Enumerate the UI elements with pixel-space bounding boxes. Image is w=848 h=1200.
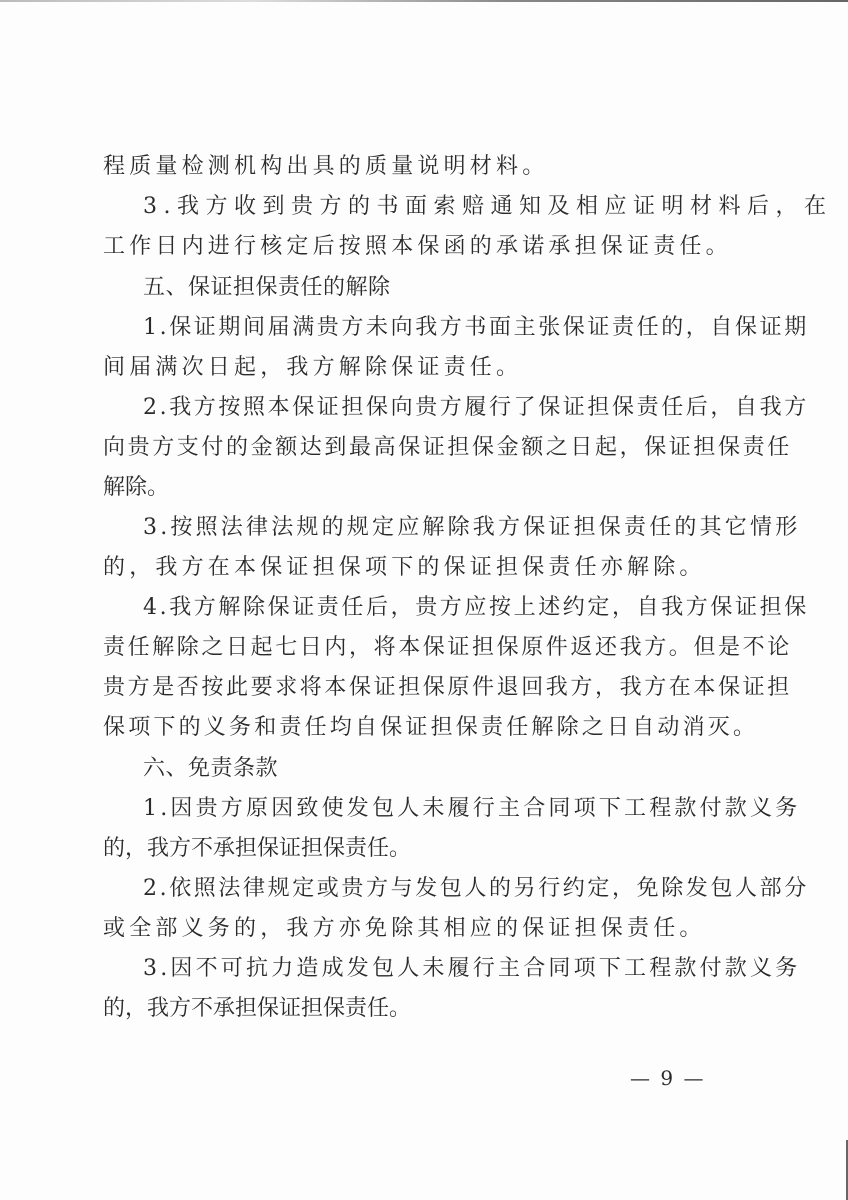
clause-5-3-line-1: 3.按照法律法规的规定应解除我方保证担保责任的其它情形 — [103, 508, 725, 548]
document-body: 程质量检测机构出具的质量说明材料。 3.我方收到贵方的书面索赔通知及相应证明材料… — [103, 147, 725, 1029]
clause-6-2-line-1: 2.依照法律规定或贵方与发包人的另行约定，免除发包人部分 — [103, 869, 725, 909]
scan-top-edge — [0, 0, 848, 2]
clause-6-2-line-2: 或全部义务的，我方亦免除其相应的保证担保责任。 — [103, 909, 725, 949]
clause-5-1-line-2: 间届满次日起，我方解除保证责任。 — [103, 348, 725, 388]
section-heading-5: 五、保证担保责任的解除 — [103, 267, 725, 308]
clause-4-3-line-2: 工作日内进行核定后按照本保函的承诺承担保证责任。 — [103, 227, 725, 267]
clause-5-3-line-2: 的，我方在本保证担保项下的保证担保责任亦解除。 — [103, 548, 725, 588]
clause-5-2-line-3: 解除。 — [103, 468, 725, 508]
clause-5-4-line-4: 保项下的义务和责任均自保证担保责任解除之日自动消灭。 — [103, 708, 725, 748]
clause-5-2-line-2: 向贵方支付的金额达到最高保证担保金额之日起，保证担保责任 — [103, 428, 725, 468]
section-heading-6: 六、免责条款 — [103, 748, 725, 789]
clause-5-2-line-1: 2.我方按照本保证担保向贵方履行了保证担保责任后，自我方 — [103, 388, 725, 428]
paragraph-continuation: 程质量检测机构出具的质量说明材料。 — [103, 147, 725, 187]
clause-6-3-line-1: 3.因不可抗力造成发包人未履行主合同项下工程款付款义务 — [103, 949, 725, 989]
clause-5-4-line-3: 贵方是否按此要求将本保证担保原件退回我方，我方在本保证担 — [103, 668, 725, 708]
clause-5-4-line-2: 责任解除之日起七日内，将本保证担保原件返还我方。但是不论 — [103, 628, 725, 668]
clause-5-1-line-1: 1.保证期间届满贵方未向我方书面主张保证责任的，自保证期 — [103, 308, 725, 348]
clause-6-1-line-2: 的，我方不承担保证担保责任。 — [103, 829, 725, 869]
clause-4-3-line-1: 3.我方收到贵方的书面索赔通知及相应证明材料后，在 — [103, 187, 725, 227]
clause-6-3-line-2: 的，我方不承担保证担保责任。 — [103, 989, 725, 1029]
clause-6-1-line-1: 1.因贵方原因致使发包人未履行主合同项下工程款付款义务 — [103, 789, 725, 829]
page-number: — 9 — — [630, 1064, 705, 1092]
clause-5-4-line-1: 4.我方解除保证责任后，贵方应按上述约定，自我方保证担保 — [103, 588, 725, 628]
